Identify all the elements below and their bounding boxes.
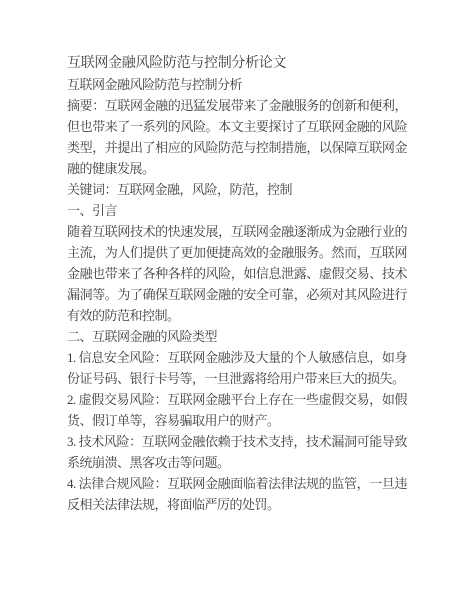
risk-item-legal-compliance: 4. 法律合规风险：互联网金融面临着法律法规的监管，一旦违反相关法律法规，将面临…	[67, 473, 407, 515]
section-heading-introduction: 一、引言	[67, 200, 407, 221]
introduction-paragraph: 随着互联网技术的快速发展，互联网金融逐渐成为金融行业的主流，为人们提供了更加便捷…	[67, 221, 407, 326]
section-heading-risk-types: 二、互联网金融的风险类型	[67, 326, 407, 347]
document-title: 互联网金融风险防范与控制分析论文	[67, 53, 407, 74]
risk-item-information-security: 1. 信息安全风险：互联网金融涉及大量的个人敏感信息，如身份证号码、银行卡号等，…	[67, 347, 407, 389]
risk-item-fake-transactions: 2. 虚假交易风险：互联网金融平台上存在一些虚假交易，如假货、假订单等，容易骗取…	[67, 389, 407, 431]
keywords-line: 关键词：互联网金融，风险，防范，控制	[67, 179, 407, 200]
abstract-paragraph: 摘要：互联网金融的迅猛发展带来了金融服务的创新和便利，但也带来了一系列的风险。本…	[67, 95, 407, 179]
document-subtitle: 互联网金融风险防范与控制分析	[67, 74, 407, 95]
document-page: 互联网金融风险防范与控制分析论文 互联网金融风险防范与控制分析 摘要：互联网金融…	[0, 0, 463, 600]
risk-item-technical: 3. 技术风险：互联网金融依赖于技术支持，技术漏洞可能导致系统崩溃、黑客攻击等问…	[67, 431, 407, 473]
